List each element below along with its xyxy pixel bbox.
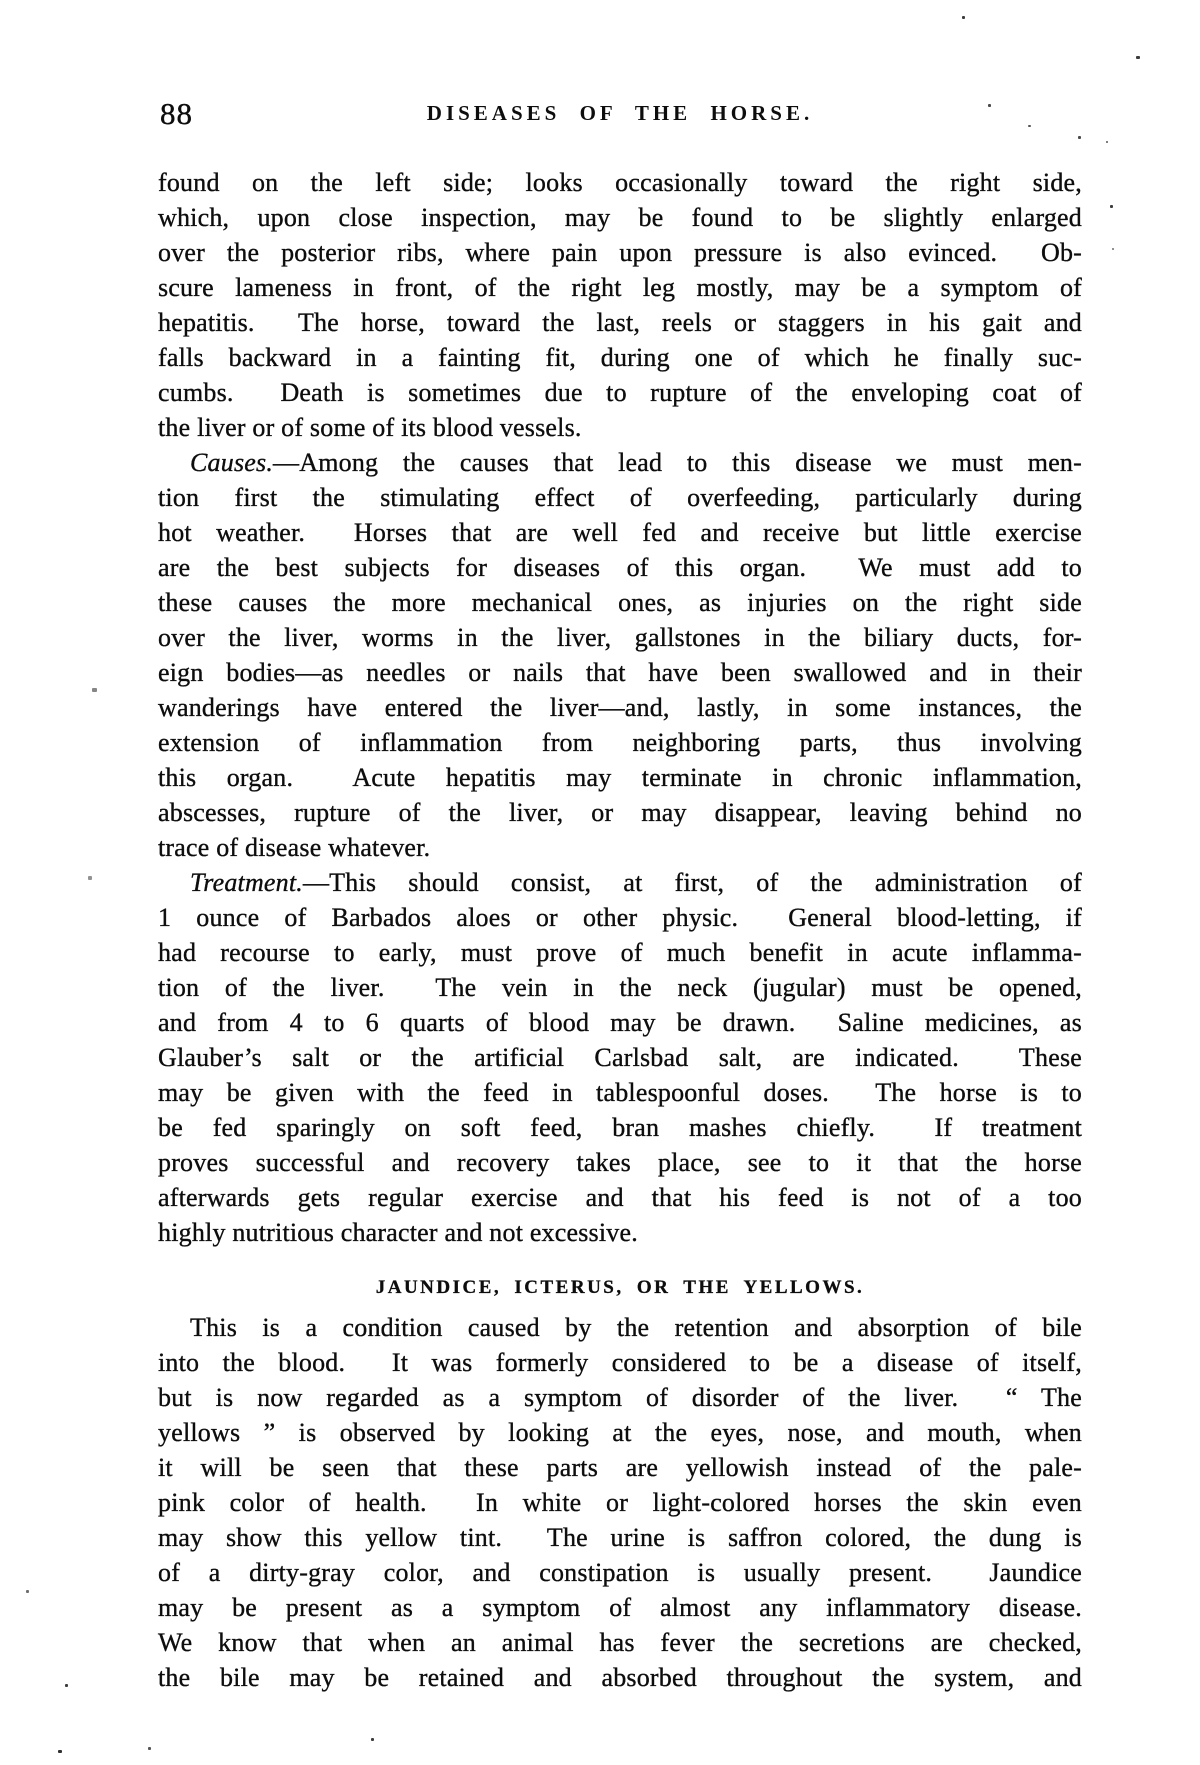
text-line: falls backward in a fainting fit, during… (158, 340, 1082, 375)
scan-speck (1112, 248, 1114, 250)
text-line: wanderings have entered the liver—and, l… (158, 690, 1082, 725)
text-line: hot weather. Horses that are well fed an… (158, 515, 1082, 550)
scan-speck (1110, 205, 1113, 208)
text-line: This is a condition caused by the retent… (158, 1310, 1082, 1345)
scan-speck (26, 1590, 29, 1593)
paragraph-indent (158, 470, 190, 471)
text-line: which, upon close inspection, may be fou… (158, 200, 1082, 235)
scan-speck (371, 1738, 374, 1741)
text-line: tion of the liver. The vein in the neck … (158, 970, 1082, 1005)
text-line: are the best subjects for diseases of th… (158, 550, 1082, 585)
text-line: it will be seen that these parts are yel… (158, 1450, 1082, 1485)
scan-speck (962, 16, 965, 19)
text-line: the liver or of some of its blood vessel… (158, 410, 1082, 445)
paragraph: found on the left side; looks occasional… (158, 165, 1082, 445)
scan-speck (1136, 56, 1140, 59)
text-line: We know that when an animal has fever th… (158, 1625, 1082, 1660)
text-line: afterwards gets regular exercise and tha… (158, 1180, 1082, 1215)
text-line: into the blood. It was formerly consider… (158, 1345, 1082, 1380)
scan-speck (65, 1684, 68, 1687)
text-line: tion first the stimulating effect of ove… (158, 480, 1082, 515)
text-line: Treatment.—This should consist, at first… (158, 865, 1082, 900)
text-line: may be present as a symptom of almost an… (158, 1590, 1082, 1625)
paragraph-indent (158, 1335, 190, 1336)
text-line: had recourse to early, must prove of muc… (158, 935, 1082, 970)
scan-speck (88, 876, 92, 880)
text-line: trace of disease whatever. (158, 830, 1082, 865)
italic-lead: Treatment. (190, 868, 303, 897)
text-line: highly nutritious character and not exce… (158, 1215, 1082, 1250)
text-line: and from 4 to 6 quarts of blood may be d… (158, 1005, 1082, 1040)
text-line: be fed sparingly on soft feed, bran mash… (158, 1110, 1082, 1145)
text-line: 1 ounce of Barbados aloes or other physi… (158, 900, 1082, 935)
text-line: may show this yellow tint. The urine is … (158, 1520, 1082, 1555)
text-line: found on the left side; looks occasional… (158, 165, 1082, 200)
scan-speck (148, 1747, 151, 1750)
scan-speck (92, 688, 97, 692)
text-line: of a dirty-gray color, and constipation … (158, 1555, 1082, 1590)
italic-lead: Causes. (190, 448, 273, 477)
paragraph: This is a condition caused by the retent… (158, 1310, 1082, 1695)
paragraph-indent (158, 890, 190, 891)
text-line: abscesses, rupture of the liver, or may … (158, 795, 1082, 830)
text-line: cumbs. Death is sometimes due to rupture… (158, 375, 1082, 410)
text-line: the bile may be retained and absorbed th… (158, 1660, 1082, 1695)
book-page: 88 DISEASES OF THE HORSE. found on the l… (0, 0, 1200, 1765)
text-line: hepatitis. The horse, toward the last, r… (158, 305, 1082, 340)
text-line: eign bodies—as needles or nails that hav… (158, 655, 1082, 690)
text-column: found on the left side; looks occasional… (158, 165, 1082, 1695)
running-title: DISEASES OF THE HORSE. (158, 96, 1082, 130)
running-head: 88 DISEASES OF THE HORSE. (158, 96, 1082, 136)
text-line: this organ. Acute hepatitis may terminat… (158, 760, 1082, 795)
scan-speck (1078, 136, 1081, 139)
text-line: over the liver, worms in the liver, gall… (158, 620, 1082, 655)
page-number: 88 (160, 98, 193, 130)
text-line: Glauber’s salt or the artificial Carlsba… (158, 1040, 1082, 1075)
text-line: yellows ” is observed by looking at the … (158, 1415, 1082, 1450)
text-line: may be given with the feed in tablespoon… (158, 1075, 1082, 1110)
scan-speck (58, 1750, 62, 1753)
text-line: extension of inflammation from neighbori… (158, 725, 1082, 760)
scan-speck (1106, 141, 1108, 143)
text-line: but is now regarded as a symptom of diso… (158, 1380, 1082, 1415)
paragraph: Causes.—Among the causes that lead to th… (158, 445, 1082, 865)
text-line: Causes.—Among the causes that lead to th… (158, 445, 1082, 480)
text-line: over the posterior ribs, where pain upon… (158, 235, 1082, 270)
text-line: pink color of health. In white or light-… (158, 1485, 1082, 1520)
text-line: scure lameness in front, of the right le… (158, 270, 1082, 305)
text-line: proves successful and recovery takes pla… (158, 1145, 1082, 1180)
section-heading: JAUNDICE, ICTERUS, OR THE YELLOWS. (158, 1276, 1082, 1300)
paragraph: Treatment.—This should consist, at first… (158, 865, 1082, 1250)
text-line: these causes the more mechanical ones, a… (158, 585, 1082, 620)
